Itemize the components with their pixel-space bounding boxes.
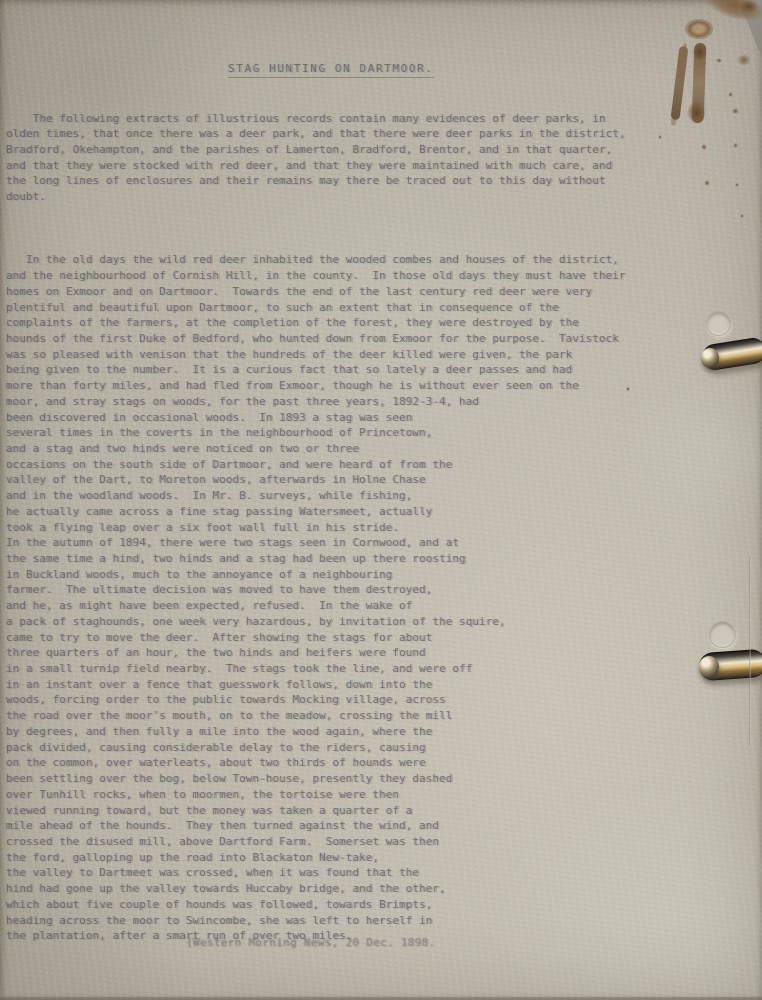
text-line: occasions on the south side of Dartmoor,…	[6, 457, 658, 473]
text-line: on the common, over waterleats, about tw…	[6, 755, 658, 771]
text-line: homes on Exmoor and on Dartmoor. Towards…	[6, 284, 658, 300]
binder-ring-ball-top	[701, 348, 719, 368]
text-line: The following extracts of illustrious re…	[6, 111, 658, 127]
text-line: hind had gone up the valley towards Hucc…	[6, 881, 658, 897]
text-line: in a small turnip field nearby. The stag…	[6, 661, 658, 677]
text-line: the road over the moor's mouth, on to th…	[6, 708, 658, 724]
text-line: in an instant over a fence that guesswor…	[6, 677, 658, 693]
text-line: he actually came across a fine stag pass…	[6, 504, 658, 520]
opening-paragraph: The following extracts of illustrious re…	[6, 111, 658, 205]
text-line: viewed running toward, but the money was…	[6, 803, 658, 819]
text-line: and that they were stocked with red deer…	[6, 158, 658, 174]
typewritten-text-block: STAG HUNTING ON DARTMOOR. The following …	[6, 30, 658, 975]
text-line: moor, and stray stags on woods, for the …	[6, 394, 658, 410]
document-heading: STAG HUNTING ON DARTMOOR.	[228, 61, 434, 78]
text-line: and he, as might have been expected, ref…	[6, 598, 658, 614]
text-line: been settling over the bog, below Town-h…	[6, 771, 658, 787]
text-line: being given to the number. It is a curio…	[6, 362, 658, 378]
source-citation-line: (Western Morning News, 20 Dec. 1898.	[186, 936, 435, 949]
text-line: more than forty miles, and had fled from…	[6, 378, 658, 394]
text-line: valley of the Dart, to Moreton woods, af…	[6, 472, 658, 488]
text-line: olden times, that once there was a deer …	[6, 126, 658, 142]
ink-speck	[716, 58, 722, 63]
text-line: mile ahead of the hounds. They then turn…	[6, 818, 658, 834]
text-line: pack divided, causing considerable delay…	[6, 740, 658, 756]
ink-speck	[735, 183, 739, 187]
text-line: Bradford, Okehampton, and the parishes o…	[6, 142, 658, 158]
scanned-document-page: STAG HUNTING ON DARTMOOR. The following …	[0, 0, 762, 1000]
text-line: In the autumn of 1894, there were two st…	[6, 535, 658, 551]
turned-corner-top-right	[738, 0, 762, 58]
ink-speck	[658, 135, 662, 139]
main-paragraph: In the old days the wild red deer inhabi…	[6, 252, 658, 944]
ink-stain-small-blot	[737, 54, 751, 66]
text-line: been discovered in occasional woods. In …	[6, 410, 658, 426]
text-line: hounds of the first Duke of Bedford, who…	[6, 331, 658, 347]
ink-speck	[728, 92, 733, 97]
ink-drip-bulb	[692, 44, 707, 61]
text-line: heading across the moor to Swincombe, sh…	[6, 913, 658, 929]
ink-drip-stroke-left	[671, 46, 689, 121]
text-line: doubt.	[6, 189, 658, 205]
text-line: in Buckland woods, much to the annoyance…	[6, 567, 658, 583]
ink-speck	[701, 144, 707, 150]
ink-drip-stroke-right	[692, 43, 707, 123]
text-line: several times in the coverts in the neig…	[6, 425, 658, 441]
text-line: took a flying leap over a six foot wall …	[6, 520, 658, 536]
binder-ring-ball-bottom	[699, 656, 719, 678]
text-line: crossed the disused mill, above Dartford…	[6, 834, 658, 850]
text-line: farmer. The ultimate decision was moved …	[6, 582, 658, 598]
text-line: In the old days the wild red deer inhabi…	[6, 252, 658, 268]
text-line: the same time a hind, two hinds and a st…	[6, 551, 658, 567]
text-line: plentiful and beautiful upon Dartmoor, t…	[6, 300, 658, 316]
ink-drip-pool	[687, 101, 706, 124]
text-line: the valley to Dartmeet was crossed, when…	[6, 865, 658, 881]
text-line: woods, forcing order to the public towar…	[6, 692, 658, 708]
punched-hole-bottom	[709, 621, 736, 648]
text-line: by degrees, and then fully a mile into t…	[6, 724, 658, 740]
ink-speck	[732, 108, 739, 114]
text-line: and the neighbourhood of Cornish Hill, i…	[6, 268, 658, 284]
ink-speck	[733, 143, 738, 148]
text-line: the ford, galloping up the road into Bla…	[6, 850, 658, 866]
ink-speck	[704, 180, 710, 186]
text-line: a pack of staghounds, one week very haza…	[6, 614, 658, 630]
text-line: complaints of the farmers, at the comple…	[6, 315, 658, 331]
ink-stain-round-blot	[685, 19, 713, 39]
text-line: three quarters of an hour, the two hinds…	[6, 645, 658, 661]
ink-speck	[740, 214, 744, 218]
page-edge-crease	[749, 556, 751, 746]
text-line: over Tunhill rocks, when to moormen, the…	[6, 787, 658, 803]
text-line: and in the woodland woods. In Mr. B. sur…	[6, 488, 658, 504]
text-line: came to try to move the deer. After show…	[6, 630, 658, 646]
punched-hole-top	[706, 311, 731, 336]
text-line: the long lines of enclosures and their r…	[6, 173, 658, 189]
text-line: was so pleased with venison that the hun…	[6, 347, 658, 363]
text-line: which about five couple of hounds was fo…	[6, 897, 658, 913]
text-line: and a stag and two hinds were noticed on…	[6, 441, 658, 457]
